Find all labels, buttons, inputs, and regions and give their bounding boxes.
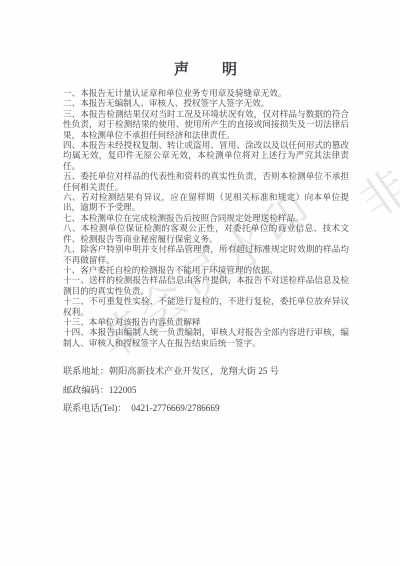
statement-item: 十三、本单位对该报告内容负责解释: [63, 317, 349, 327]
statement-body: 一、本报告无计量认证章和单位业务专用章及骑缝章无效。 二、本报告无编制人、审核人…: [63, 88, 349, 348]
statement-item: 九、除客户特别申明并支付样品管理费，所有超过标准规定时效期的样品均不再做留样。: [63, 244, 349, 265]
document-title: 声 明: [63, 58, 349, 79]
statement-item: 一、本报告无计量认证章和单位业务专用章及骑缝章无效。: [63, 88, 349, 98]
statement-item: 七、本检测单位在完成检测报告后按照合同规定处理送检样品。: [63, 213, 349, 223]
contact-phone-line: 联系电话(Tel)： 0421-2776669/2786669: [63, 399, 363, 418]
contact-block: 联系地址：朝阳高新技术产业开发区，龙翔大街 25 号 邮政编码：122005 联…: [63, 362, 363, 418]
contact-postal-code-line: 邮政编码：122005: [63, 381, 363, 400]
statement-item: 八、本检测单位保证检测的客观公正性，对委托单位的商业信息、技术文件、检测报告等商…: [63, 223, 349, 244]
statement-item: 十二、不可重复性实验、不能进行复检的，不进行复检，委托单位放弃异议权利。: [63, 296, 349, 317]
contact-address-line: 联系地址：朝阳高新技术产业开发区，龙翔大街 25 号: [63, 362, 363, 381]
statement-item: 六、若对检测结果有异议，应在留样期（见相关标准和规定）向本单位提出，逾期不予受理…: [63, 192, 349, 213]
watermark-text-partial: 非会员水印: [353, 46, 400, 227]
statement-item: 四、本报告未经授权复制、转让或盗用、冒用、涂改以及以任何形式的篡改均属无效，复印…: [63, 140, 349, 171]
statement-item: 三、本报告检测结果仅对当时工况及环境状况有效，仅对样品与数据的符合性负责，对于检…: [63, 109, 349, 140]
statement-item: 十一、送样的检测报告样品信息由客户提供，本报告不对送检样品信息及检测目的的真实性…: [63, 275, 349, 296]
statement-item: 十、客户委托自检的检测报告不能用于环境管理的依据。: [63, 265, 349, 275]
statement-item: 十四、本报告由编制人统一负责编制，审核人对报告全部内容进行审核，编制人、审核人和…: [63, 327, 349, 348]
statement-item: 二、本报告无编制人、审核人、授权签字人签字无效。: [63, 98, 349, 108]
document-page: 非会员水印 非会员水印 声 明 一、本报告无计量认证章和单位业务专用章及骑缝章无…: [0, 0, 400, 566]
statement-item: 五、委托单位对样品的代表性和资料的真实性负责，否则本检测单位不承担任何相关责任。: [63, 171, 349, 192]
